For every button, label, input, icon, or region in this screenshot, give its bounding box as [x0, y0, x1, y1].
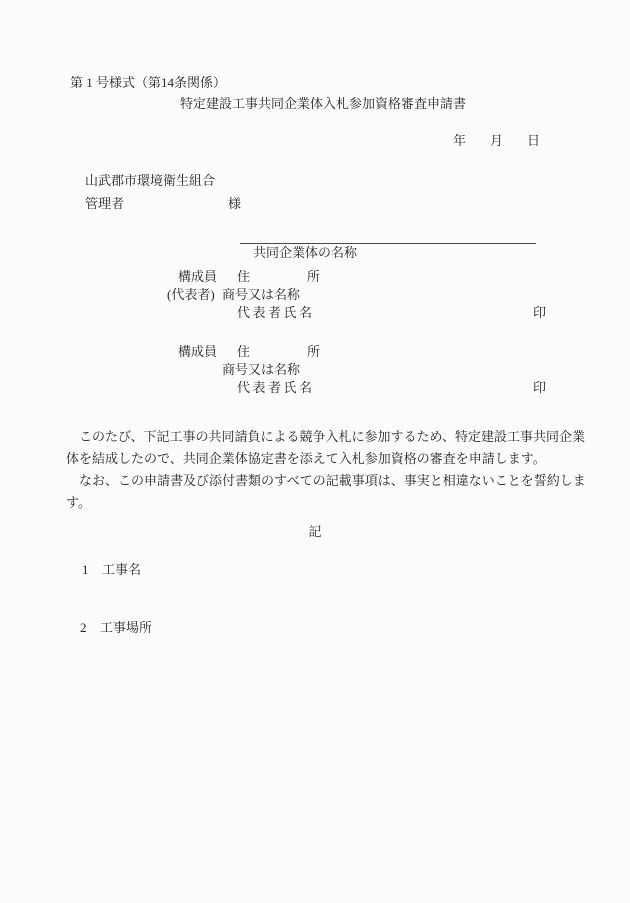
seal-mark: 印	[533, 380, 546, 396]
addressee-line: 管理者 様	[0, 196, 630, 212]
addressee-honorific: 様	[228, 196, 241, 212]
body-text-line: 体を結成したので、共同企業体協定書を添えて入札参加資格の審査を申請します。	[66, 451, 546, 467]
member-block-1: 構成員 住 所 (代表者) 商号又は名称 代表者氏名 印	[0, 269, 630, 323]
address-label-left: 住	[237, 344, 250, 360]
body-text-line: このたび、下記工事の共同請負による競争入札に参加するため、特定建設工事共同企業	[66, 429, 585, 445]
addressee-organization: 山武郡市環境衛生組合	[85, 173, 215, 189]
item-number: 1	[82, 562, 89, 578]
member-role-label: 構成員	[178, 344, 217, 360]
document-title: 特定建設工事共同企業体入札参加資格審査申請書	[180, 96, 466, 112]
member-block-2: 構成員 住 所 商号又は名称 代表者氏名 印	[0, 344, 630, 398]
item-number: 2	[80, 620, 87, 636]
body-text-line: なお、この申請書及び添付書類のすべての記載事項は、事実と相違ないことを誓約しま	[66, 473, 586, 489]
representative-name-label: 代表者氏名	[237, 305, 315, 321]
trade-name-label: 商号又は名称	[222, 287, 300, 303]
member-address-line: 構成員 住 所	[0, 269, 630, 285]
member-representative-line: 代表者氏名 印	[0, 380, 630, 396]
address-label-right: 所	[307, 344, 320, 360]
date-line: 年 月 日	[0, 133, 630, 149]
addressee-role: 管理者	[85, 196, 124, 212]
member-representative-line: 代表者氏名 印	[0, 305, 630, 321]
address-label-left: 住	[237, 269, 250, 285]
trade-name-label: 商号又は名称	[222, 362, 300, 378]
seal-mark: 印	[533, 305, 546, 321]
form-number: 第 1 号様式（第14条関係）	[70, 75, 226, 91]
record-marker: 記	[0, 524, 630, 540]
item-line-2: 2 工事場所	[0, 620, 630, 636]
date-year-label: 年	[453, 133, 466, 149]
date-month-label: 月	[490, 133, 503, 149]
jv-name-label: 共同企業体の名称	[253, 245, 357, 260]
date-day-label: 日	[527, 133, 540, 149]
item-label: 工事名	[102, 562, 141, 578]
body-text-line: す。	[66, 495, 91, 511]
item-line-1: 1 工事名	[0, 562, 630, 578]
application-form-page: 第 1 号様式（第14条関係） 特定建設工事共同企業体入札参加資格審査申請書 年…	[0, 0, 630, 903]
member-trade-name-line: 商号又は名称	[0, 362, 630, 378]
member-role-label: 構成員	[178, 269, 217, 285]
address-label-right: 所	[307, 269, 320, 285]
jv-name-field: 共同企業体の名称	[240, 227, 536, 244]
member-address-line: 構成員 住 所	[0, 344, 630, 360]
representative-name-label: 代表者氏名	[237, 380, 315, 396]
representative-prefix: (代表者)	[167, 287, 215, 303]
member-trade-name-line: (代表者) 商号又は名称	[0, 287, 630, 303]
item-label: 工事場所	[100, 620, 152, 636]
